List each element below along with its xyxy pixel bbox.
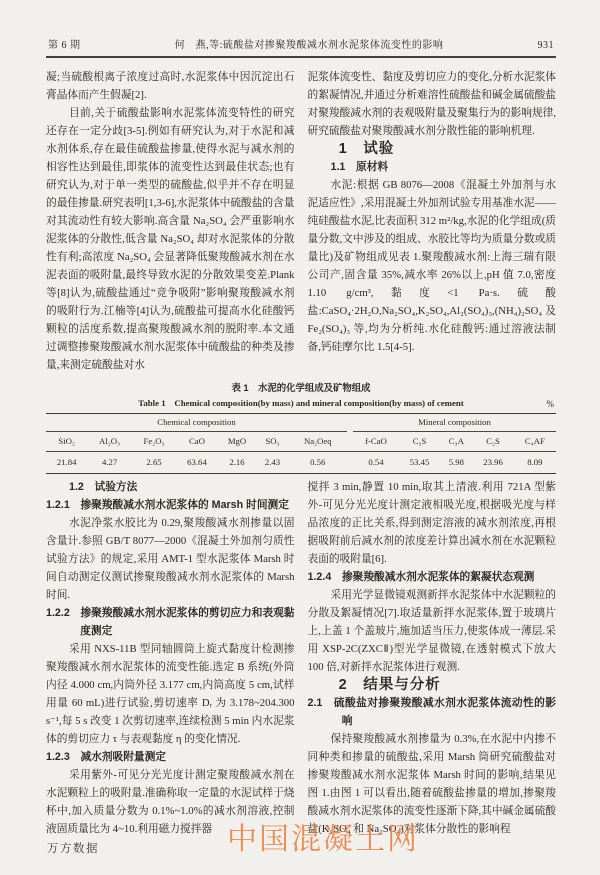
table-group-header-row: Chemical composition Mineral composition (46, 414, 556, 432)
group-header-chemical: Chemical composition (46, 414, 347, 432)
subsection-heading-marsh-time: 1.2.1 掺聚羧酸减水剂水泥浆体的 Marsh 时间测定 (46, 496, 295, 514)
col-header: C₃S (399, 432, 440, 452)
paragraph: 水泥净浆水胶比为 0.29,聚羧酸减水剂掺量以固含量计.参照 GB/T 8077… (46, 514, 295, 604)
table-cell: 0.56 (289, 452, 347, 474)
col-header: CaO (176, 432, 217, 452)
wanfang-data-logo: 万方数据 (47, 840, 99, 856)
table-caption-zh: 表 1 水泥的化学组成及矿物组成 (46, 380, 556, 394)
header-divider (46, 56, 556, 58)
paragraph: 凝;当硫酸根离子浓度过高时,水泥浆体中因沉淀出石膏晶体而产生假凝[2]. (46, 68, 295, 104)
lower-right-column: 搅拌 3 min,静置 10 min,取其上清液.利用 721A 型紫外-可见分… (308, 478, 557, 838)
upper-left-column: 凝;当硫酸根离子浓度过高时,水泥浆体中因沉淀出石膏晶体而产生假凝[2]. 目前,… (46, 68, 295, 374)
page-number: 931 (538, 40, 555, 51)
site-watermark: 中国混凝土网 (227, 814, 419, 858)
paragraph: 搅拌 3 min,静置 10 min,取其上清液.利用 721A 型紫外-可见分… (308, 478, 557, 568)
col-header: MgO (218, 432, 257, 452)
table-cell: 4.27 (87, 452, 131, 474)
col-header: Fe₂O₃ (132, 432, 176, 452)
paragraph: 水泥:根据 GB 8076—2008《混凝土外加剂与水泥适应性》,采用混凝土外加… (308, 176, 557, 356)
subsection-heading-adsorption: 1.2.3 减水剂吸附量测定 (46, 748, 295, 766)
table-cell: 53.45 (399, 452, 440, 474)
page-header: 第 6 期 何 燕,等:硫酸盐对掺聚羧酸减水剂水泥浆体流变性的影响 931 (0, 0, 600, 56)
paragraph: 采用 NXS-11B 型同轴圆筒上旋式黏度计检测掺聚羧酸减水剂水泥浆体的流变性能… (46, 640, 295, 748)
table-cell: 63.64 (176, 452, 217, 474)
col-header: C₃A (440, 432, 472, 452)
subsection-heading-flocculation: 1.2.4 掺聚羧酸减水剂水泥浆体的絮凝状态观测 (308, 568, 557, 586)
table-cell: 8.09 (514, 452, 556, 474)
running-title: 何 燕,等:硫酸盐对掺聚羧酸减水剂水泥浆体流变性的影响 (81, 36, 538, 51)
col-header: f-CaO (353, 432, 399, 452)
col-header: SiO₂ (46, 432, 87, 452)
table-cell: 2.16 (218, 452, 257, 474)
table-column-header-row: SiO₂ Al₂O₃ Fe₂O₃ CaO MgO SO₃ Na₂Oeq f-Ca… (46, 432, 556, 452)
paragraph: 泥浆体流变性、黏度及剪切应力的变化,分析水泥浆体的絮凝情况,并通过分析难溶性硫酸… (308, 68, 557, 140)
subsection-heading-raw-materials: 1.1 原材料 (308, 158, 557, 176)
table-unit-label: % (547, 399, 555, 409)
table-cell: 23.96 (472, 452, 513, 474)
col-header: C₄AF (514, 432, 556, 452)
table-caption-en-text: Table 1 Chemical composition(by mass) an… (138, 398, 463, 408)
col-header: Na₂Oeq (289, 432, 347, 452)
upper-two-columns: 凝;当硫酸根离子浓度过高时,水泥浆体中因沉淀出石膏晶体而产生假凝[2]. 目前,… (0, 68, 600, 374)
subsection-heading-fluidity-effect: 2.1 硫酸盐对掺聚羧酸减水剂水泥浆体流动性的影响 (308, 694, 557, 730)
upper-right-column: 泥浆体流变性、黏度及剪切应力的变化,分析水泥浆体的絮凝情况,并通过分析难溶性硫酸… (308, 68, 557, 374)
subsection-heading-shear-stress: 1.2.2 掺聚羧酸减水剂水泥浆体的剪切应力和表观黏度测定 (46, 604, 295, 640)
lower-left-column: 1.2 试验方法 1.2.1 掺聚羧酸减水剂水泥浆体的 Marsh 时间测定 水… (46, 478, 295, 838)
table-cell: 2.65 (132, 452, 176, 474)
table-cell: 21.84 (46, 452, 87, 474)
composition-table: Chemical composition Mineral composition… (46, 413, 556, 474)
paragraph: 目前,关于硫酸盐影响水泥浆体流变特性的研究还存在一定分歧[3-5].例如有研究认… (46, 104, 295, 374)
table-block: 表 1 水泥的化学组成及矿物组成 Table 1 Chemical compos… (0, 374, 600, 478)
col-header: Al₂O₃ (87, 432, 131, 452)
paper-page: 第 6 期 何 燕,等:硫酸盐对掺聚羧酸减水剂水泥浆体流变性的影响 931 凝;… (0, 0, 600, 875)
table-cell: 0.54 (353, 452, 399, 474)
col-header: SO₃ (256, 432, 288, 452)
section-heading-experiment: 1 试验 (308, 140, 557, 158)
table-cell: 5.98 (440, 452, 472, 474)
journal-issue: 第 6 期 (48, 36, 81, 51)
group-header-mineral: Mineral composition (353, 414, 556, 432)
col-header: C₂S (472, 432, 513, 452)
paragraph: 采用光学显微镜观测新拌水泥浆体中水泥颗粒的分散及絮凝情况[7].取适量新拌水泥浆… (308, 586, 557, 676)
table-value-row: 21.84 4.27 2.65 63.64 2.16 2.43 0.56 0.5… (46, 452, 556, 474)
section-heading-results: 2 结果与分析 (308, 676, 557, 694)
subsection-heading-test-methods: 1.2 试验方法 (46, 478, 295, 496)
table-caption-en: Table 1 Chemical composition(by mass) an… (46, 396, 556, 409)
lower-two-columns: 1.2 试验方法 1.2.1 掺聚羧酸减水剂水泥浆体的 Marsh 时间测定 水… (0, 478, 600, 838)
table-cell: 2.43 (256, 452, 288, 474)
